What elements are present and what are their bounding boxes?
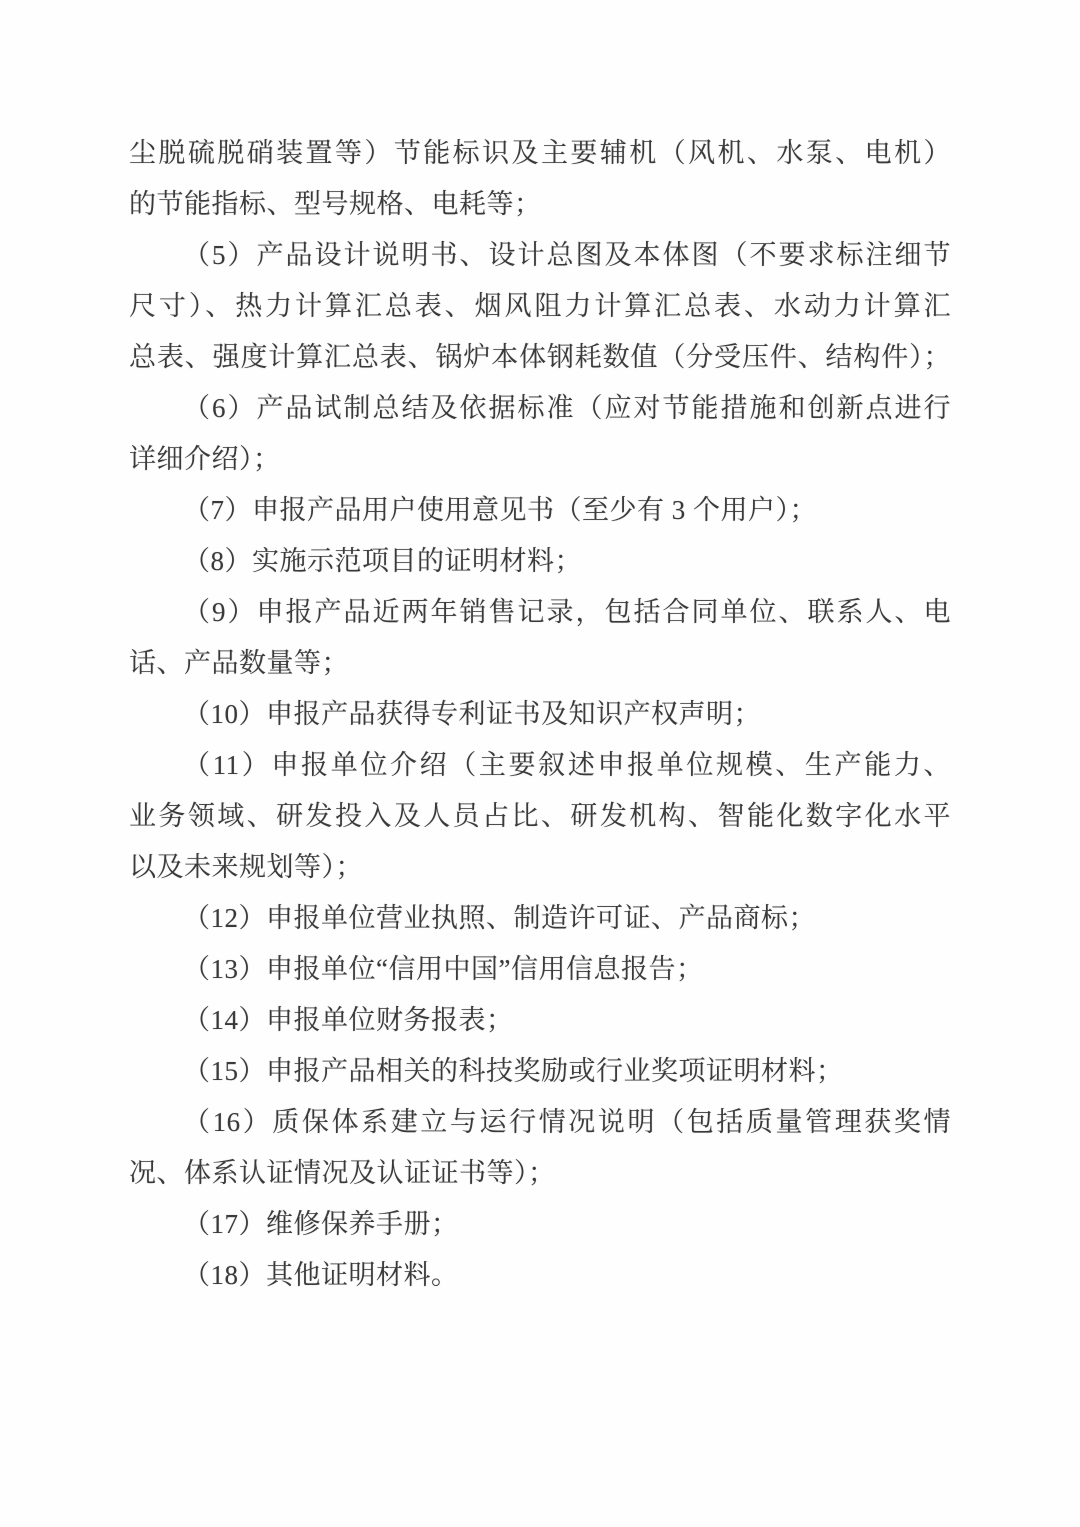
text-line: （10）申报产品获得专利证书及知识产权声明； [129, 689, 951, 740]
text-line: （13）申报单位“信用中国”信用信息报告； [129, 944, 951, 995]
text-line: 况、体系认证情况及认证证书等）； [129, 1148, 951, 1199]
text-line: （15）申报产品相关的科技奖励或行业奖项证明材料； [129, 1046, 951, 1097]
text-line: 详细介绍）； [129, 434, 951, 485]
text-line: （6）产品试制总结及依据标准（应对节能措施和创新点进行 [129, 383, 951, 434]
text-line: （16）质保体系建立与运行情况说明（包括质量管理获奖情 [129, 1097, 951, 1148]
text-line: 的节能指标、型号规格、电耗等； [129, 179, 951, 230]
text-line: 尺寸）、热力计算汇总表、烟风阻力计算汇总表、水动力计算汇 [129, 281, 951, 332]
document-page: 尘脱硫脱硝装置等）节能标识及主要辅机（风机、水泵、电机）的节能指标、型号规格、电… [0, 0, 1080, 1527]
text-line: 业务领域、研发投入及人员占比、研发机构、智能化数字化水平 [129, 791, 951, 842]
text-line: （17）维修保养手册； [129, 1199, 951, 1250]
text-line: （5）产品设计说明书、设计总图及本体图（不要求标注细节 [129, 230, 951, 281]
text-line: 尘脱硫脱硝装置等）节能标识及主要辅机（风机、水泵、电机） [129, 128, 951, 179]
text-line: 以及未来规划等）； [129, 842, 951, 893]
text-line: （7）申报产品用户使用意见书（至少有 3 个用户）； [129, 485, 951, 536]
text-line: （8）实施示范项目的证明材料； [129, 536, 951, 587]
text-line: （9）申报产品近两年销售记录，包括合同单位、联系人、电 [129, 587, 951, 638]
text-line: （11）申报单位介绍（主要叙述申报单位规模、生产能力、 [129, 740, 951, 791]
text-line: （12）申报单位营业执照、制造许可证、产品商标； [129, 893, 951, 944]
text-line: （18）其他证明材料。 [129, 1250, 951, 1301]
text-line: （14）申报单位财务报表； [129, 995, 951, 1046]
text-line: 总表、强度计算汇总表、锅炉本体钢耗数值（分受压件、结构件）； [129, 332, 951, 383]
document-body: 尘脱硫脱硝装置等）节能标识及主要辅机（风机、水泵、电机）的节能指标、型号规格、电… [129, 128, 951, 1301]
text-line: 话、产品数量等； [129, 638, 951, 689]
